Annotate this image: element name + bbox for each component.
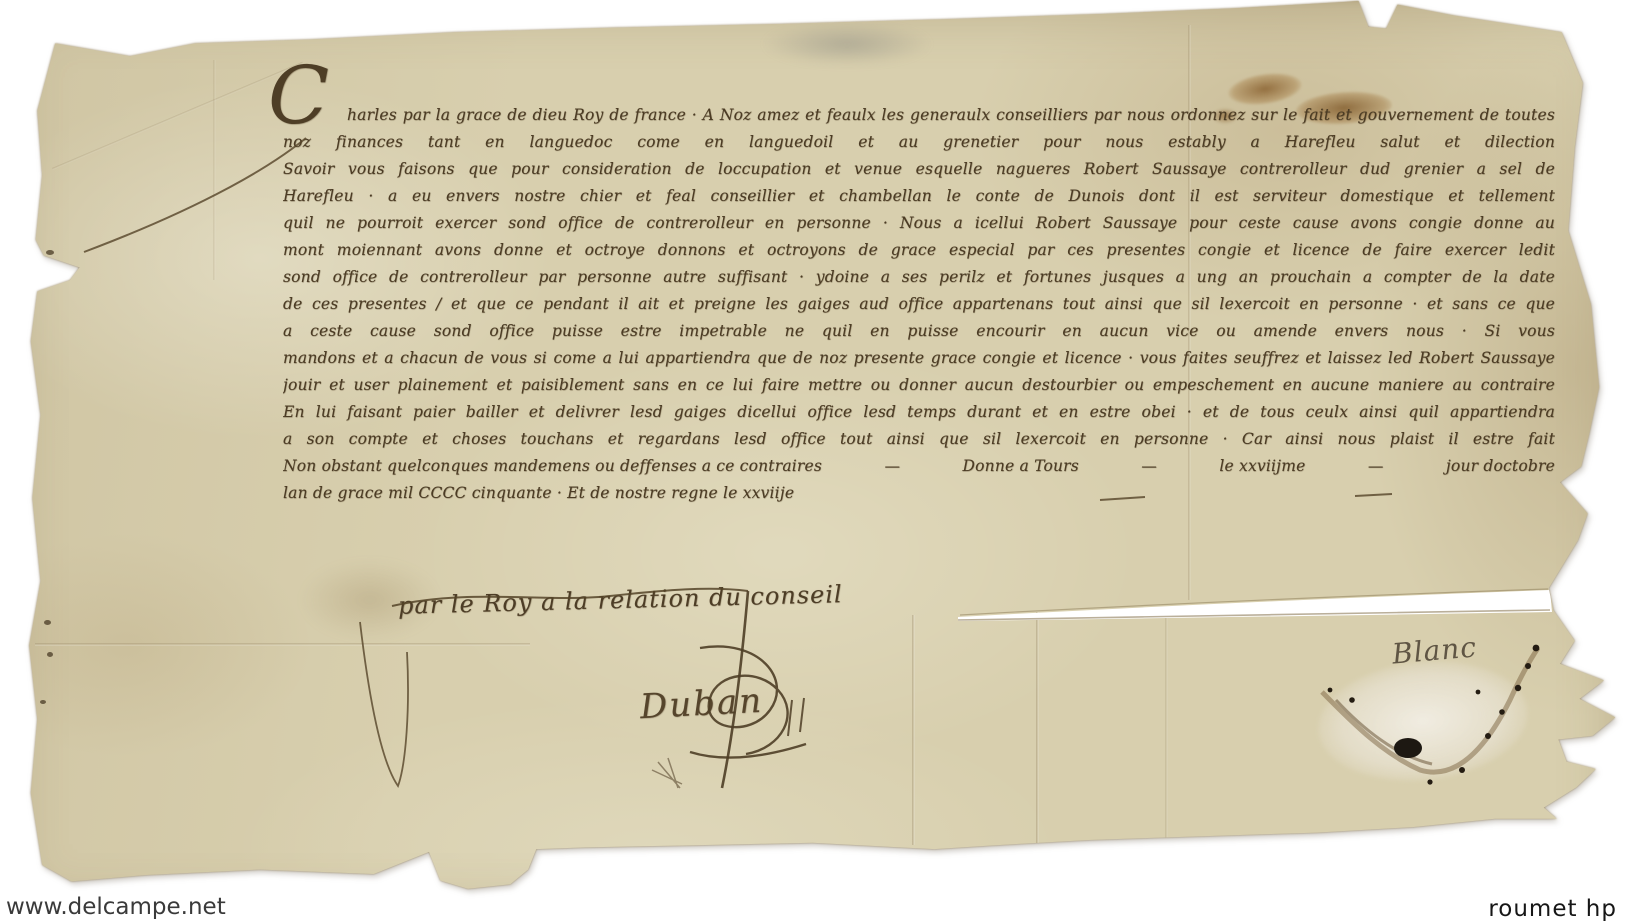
parchment-sheet: harles par la grace de dieu Roy de franc…: [0, 0, 1625, 922]
manuscript-line: quil ne pourroit exercer sond office de …: [283, 214, 1555, 241]
v-flourish: [360, 622, 408, 786]
seal-dot: [1515, 685, 1521, 691]
edge-tear-mark: [50, 262, 56, 266]
fold-crease: [52, 62, 303, 170]
manuscript-line: Harefleu · a eu envers nostre chier et f…: [283, 187, 1555, 214]
fold-crease: [1036, 612, 1039, 852]
decorated-initial-letter: C: [268, 56, 329, 136]
date-line-segment: le xxviijme: [1219, 457, 1305, 475]
seal-dot: [1427, 779, 1432, 784]
edge-tear-mark: [40, 700, 46, 704]
manuscript-line: jouir et user plainement et paisiblement…: [283, 376, 1555, 403]
manuscript-line: a son compte et choses touchans et regar…: [283, 430, 1555, 457]
seal-dot: [1349, 697, 1355, 703]
seal-dot: [1499, 709, 1505, 715]
seal-dot: [1533, 645, 1540, 652]
date-line-segment: Donne a Tours: [963, 457, 1079, 475]
seal-dot: [1476, 690, 1481, 695]
fold-crease: [1165, 615, 1168, 850]
seal-hole: [1394, 738, 1422, 758]
fold-crease: [35, 643, 530, 646]
seal-damage-streak: [1336, 700, 1432, 764]
seal-dot: [1328, 688, 1333, 693]
fold-crease: [213, 60, 216, 280]
manuscript-line: En lui faisant paier bailler et delivrer…: [283, 403, 1555, 430]
initial-swash: [84, 138, 306, 252]
manuscript-line: mont moiennant avons donne et octroye do…: [283, 241, 1555, 268]
seal-damage-patch: [1312, 651, 1533, 790]
date-line-segment: Non obstant quelconques mandemens ou def…: [283, 457, 822, 475]
cut-slit: [958, 590, 1552, 621]
cut-slit-shadow: [958, 610, 1550, 620]
edge-tear-mark: [44, 620, 51, 625]
manuscript-text-block: harles par la grace de dieu Roy de franc…: [283, 106, 1555, 511]
pen-dash: —: [1141, 457, 1157, 475]
manuscript-line: harles par la grace de dieu Roy de franc…: [283, 106, 1555, 133]
parchment-wrapper: harles par la grace de dieu Roy de franc…: [0, 0, 1625, 922]
manuscript-line: noz finances tant en languedoc come en l…: [283, 133, 1555, 160]
fold-crease: [912, 615, 915, 845]
edge-tear-mark: [46, 250, 54, 255]
edge-tear-mark: [47, 652, 53, 657]
delcampe-watermark: www.delcampe.net: [6, 894, 226, 920]
manuscript-line: Savoir vous faisons que pour considerati…: [283, 160, 1555, 187]
manuscript-date-line: Non obstant quelconques mandemens ou def…: [283, 457, 1555, 484]
clerk-signature: Duban: [639, 681, 764, 727]
manuscript-line: mandons et a chacun de vous si come a lu…: [283, 349, 1555, 376]
manuscript-last-line: lan de grace mil CCCC cinquante · Et de …: [283, 484, 923, 511]
seal-dot: [1459, 767, 1465, 773]
manuscript-line: a ceste cause sond office puisse estre i…: [283, 322, 1555, 349]
seal-dot: [1525, 663, 1531, 669]
manuscript-line: de ces presentes / et que ce pendant il …: [283, 295, 1555, 322]
ink-stain: [1226, 69, 1303, 109]
date-line-segment: jour doctobre: [1446, 457, 1555, 475]
chalk-smudge: [762, 22, 932, 66]
hatch-doodle: [652, 758, 682, 788]
paraph-ticks: [788, 698, 804, 736]
pen-dash: —: [1368, 457, 1384, 475]
photo-scene: harles par la grace de dieu Roy de franc…: [0, 0, 1625, 922]
pen-dash: —: [884, 457, 900, 475]
roumet-watermark: roumet hp: [1488, 896, 1617, 922]
tongue-inscription: Blanc: [1391, 630, 1479, 670]
cut-slit-upper-shadow: [960, 589, 1548, 615]
manuscript-line: sond office de contrerolleur par personn…: [283, 268, 1555, 295]
closing-formula: par le Roy a la relation du conseil: [398, 580, 843, 620]
seal-dot: [1485, 733, 1491, 739]
